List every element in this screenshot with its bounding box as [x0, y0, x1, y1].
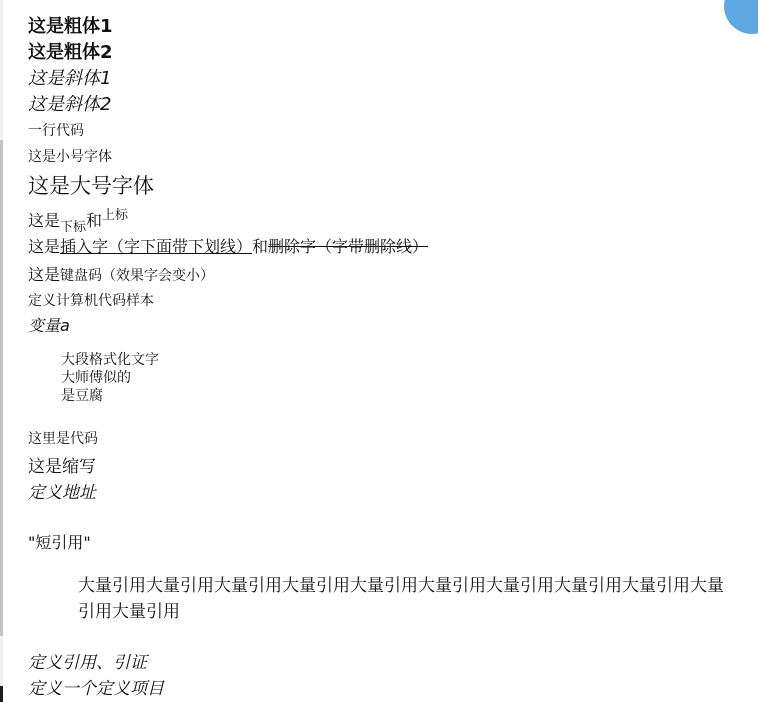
deleted-text: 删除字（字带删除线）: [268, 237, 428, 256]
address-text: 定义地址: [28, 478, 96, 503]
bold-text-2: 这是粗体2: [28, 38, 113, 64]
italic-text-2: 这是斜体2: [28, 90, 111, 116]
keyboard-text: 键盘码（效果字会变小）: [60, 268, 214, 284]
pre-line: 大段格式化文字: [61, 351, 159, 369]
sub-sup-line: 这是下标和上标: [28, 204, 128, 235]
short-quote: "短引用": [28, 530, 91, 553]
text: 和: [86, 211, 102, 230]
superscript: 上标: [102, 208, 128, 223]
preformatted-block: 大段格式化文字 大师傅似的 是豆腐: [61, 351, 159, 405]
code-line: 一行代码: [28, 120, 84, 140]
text: 这是: [28, 265, 60, 284]
code-text: 这里是代码: [28, 428, 98, 448]
scrollbar[interactable]: [0, 140, 3, 636]
left-edge-dark: [0, 686, 3, 702]
inserted-text: 插入字（字下面带下划线）: [60, 237, 252, 256]
italic-text-1: 这是斜体1: [28, 64, 111, 90]
pre-line: 大师傅似的: [61, 369, 159, 387]
dfn-text: 定义一个定义项目: [28, 674, 164, 699]
text: 这是: [28, 211, 60, 230]
ins-del-line: 这是插入字（字下面带下划线）和删除字（字带删除线）: [28, 234, 428, 257]
floating-action-button[interactable]: [724, 0, 758, 34]
var-text: 变量a: [28, 313, 70, 336]
kbd-line: 这是键盘码（效果字会变小）: [28, 262, 214, 285]
text: 这是: [28, 237, 60, 256]
abbr-text: 这是缩写: [28, 452, 96, 477]
cite-text: 定义引用、引证: [28, 648, 147, 673]
big-text: 这是大号字体: [28, 170, 154, 200]
text: 和: [252, 237, 268, 256]
bold-text-1: 这是粗体1: [28, 12, 113, 38]
samp-text: 定义计算机代码样本: [28, 290, 154, 310]
small-text: 这是小号字体: [28, 146, 112, 166]
pre-line: 是豆腐: [61, 387, 159, 405]
blockquote: 大量引用大量引用大量引用大量引用大量引用大量引用大量引用大量引用大量引用大量引用…: [78, 573, 728, 625]
subscript: 下标: [60, 220, 86, 235]
